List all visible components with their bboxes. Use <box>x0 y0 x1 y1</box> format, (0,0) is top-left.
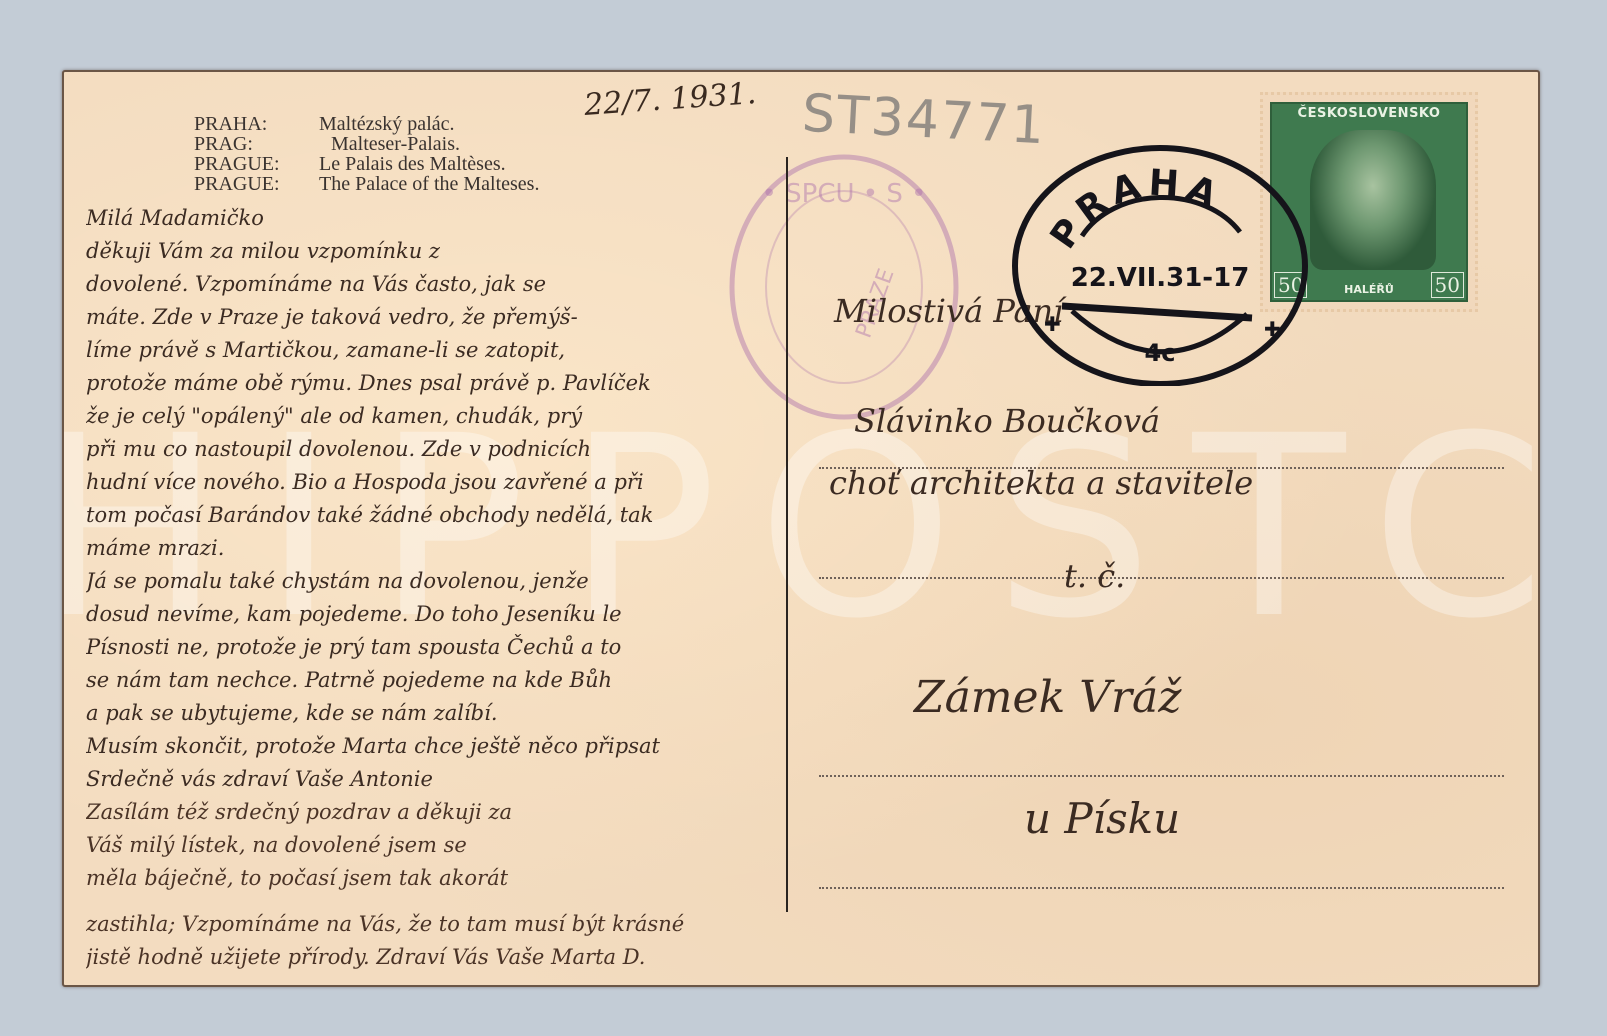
caption-row: PRAG:Malteser-Palais. <box>194 134 539 154</box>
postscript-line: zastihla; Vzpomínáme na Vás, že to tam m… <box>86 908 986 941</box>
message-line: při mu co nastoupil dovolenou. Zde v pod… <box>86 433 776 466</box>
caption-title: The Palace of the Malteses. <box>319 174 539 194</box>
caption-city: PRAGUE: <box>194 174 319 194</box>
postcard: HIPPOSTCARD PRAHA:Maltézský palác. PRAG:… <box>62 70 1540 987</box>
handwritten-postscript-tail: zastihla; Vzpomínáme na Vás, že to tam m… <box>86 908 986 974</box>
stamp-country: ČESKOSLOVENSKO <box>1272 106 1466 121</box>
message-line: Písnosti ne, protože je prý tam spousta … <box>86 631 776 664</box>
message-line: Musím skončit, protože Marta chce ještě … <box>86 730 776 763</box>
printed-caption: PRAHA:Maltézský palác. PRAG:Malteser-Pal… <box>194 114 539 194</box>
message-line: máte. Zde v Praze je taková vedro, že př… <box>86 301 776 334</box>
center-divider <box>786 157 788 912</box>
message-line: dovolené. Vzpomínáme na Vás často, jak s… <box>86 268 776 301</box>
caption-title: Maltézský palác. <box>319 114 455 134</box>
message-line: tom počasí Barándov také žádné obchody n… <box>86 499 776 532</box>
message-line: hudní více nového. Bio a Hospoda jsou za… <box>86 466 776 499</box>
handwritten-message: Milá Madamičkoděkuji Vám za milou vzpomí… <box>86 202 776 895</box>
handwritten-date: 22/7. 1931. <box>583 76 757 123</box>
caption-row: PRAGUE:The Palace of the Malteses. <box>194 174 539 194</box>
dotted-line <box>819 887 1504 889</box>
caption-row: PRAGUE:Le Palais des Maltèses. <box>194 154 539 174</box>
dotted-line <box>819 775 1504 777</box>
message-line: děkuji Vám za milou vzpomínku z <box>86 235 776 268</box>
message-line: a pak se ubytujeme, kde se nám zalíbí. <box>86 697 776 730</box>
postscript-line: měla báječně, to počasí jsem tak akorát <box>86 862 776 895</box>
message-line: že je celý "opálený" ale od kamen, chudá… <box>86 400 776 433</box>
message-line: Já se pomalu také chystám na dovolenou, … <box>86 565 776 598</box>
message-line: Srdečně vás zdraví Vaše Antonie <box>86 763 776 796</box>
address-title: choť architekta a stavitele <box>829 464 1253 502</box>
caption-row: PRAHA:Maltézský palác. <box>194 114 539 134</box>
postmark: PRAHA 22.VII.31-17 4c ✚ ✚ <box>1002 136 1310 386</box>
caption-title: Le Palais des Maltèses. <box>319 154 506 174</box>
postscript-line: jistě hodně užijete přírody. Zdraví Vás … <box>86 941 986 974</box>
postscript-line: Zasílám též srdečný pozdrav a děkuji za <box>86 796 776 829</box>
address-abbr: t. č. <box>1064 557 1125 595</box>
svg-text:4c: 4c <box>1145 339 1176 367</box>
stamp-value: 50 <box>1431 272 1464 298</box>
portrait-icon <box>1310 130 1436 270</box>
postscript-line: Váš milý lístek, na dovolené jsem se <box>86 829 776 862</box>
caption-city: PRAHA: <box>194 114 319 134</box>
caption-city: PRAG: <box>194 134 319 154</box>
svg-text:✚: ✚ <box>1264 317 1281 341</box>
message-line: dosud nevíme, kam pojedeme. Do toho Jese… <box>86 598 776 631</box>
caption-city: PRAGUE: <box>194 154 319 174</box>
address-place: Zámek Vráž <box>914 672 1181 723</box>
message-line: Milá Madamičko <box>86 202 776 235</box>
svg-text:22.VII.31-17: 22.VII.31-17 <box>1071 263 1250 293</box>
dotted-line <box>819 577 1504 579</box>
svg-text:✚: ✚ <box>1044 312 1061 336</box>
message-line: máme mrazi. <box>86 532 776 565</box>
caption-title: Malteser-Palais. <box>319 134 460 154</box>
message-line: protože máme obě rýmu. Dnes psal právě p… <box>86 367 776 400</box>
address-town: u Písku <box>1024 794 1180 843</box>
message-line: se nám tam nechce. Patrně pojedeme na kd… <box>86 664 776 697</box>
address-name: Slávinko Boučková <box>854 402 1160 440</box>
message-line: líme právě s Martičkou, zamane-li se zat… <box>86 334 776 367</box>
